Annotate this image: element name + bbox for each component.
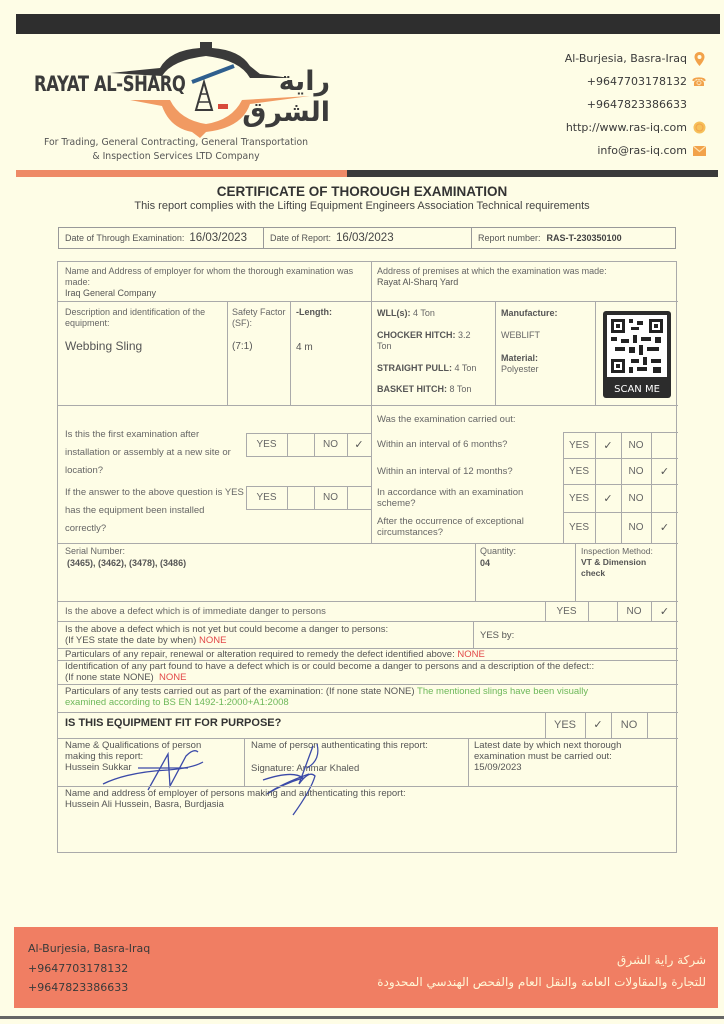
carried-out-label: Was the examination carried out: <box>377 414 516 425</box>
contact-email[interactable]: info@ras-iq.com <box>565 139 706 162</box>
interval-12-question: Within an interval of 12 months? <box>377 466 513 477</box>
first-exam-yes-label: YES <box>246 439 287 450</box>
exceptional-no-label: NO <box>621 522 651 533</box>
qr-code-icon <box>607 315 667 377</box>
scheme-question: In accordance with an examination scheme… <box>377 487 557 509</box>
quantity-label: Quantity: <box>480 546 516 557</box>
next-exam-date: 15/09/2023 <box>474 762 621 773</box>
interval-12-no-label: NO <box>621 466 651 477</box>
scheme-yes-check[interactable]: ✓ <box>595 492 621 505</box>
straight-pull: STRAIGHT PULL: 4 Ton <box>377 363 476 374</box>
persons-employer-value: Hussein Ali Hussein, Basra, Burdjasia <box>65 799 224 810</box>
safety-factor-label: Safety Factor (SF): <box>232 307 288 329</box>
equipment-desc-value: Webbing Sling <box>65 339 142 353</box>
repair-value: NONE <box>457 649 484 660</box>
fit-yes-label: YES <box>545 719 585 731</box>
contact-phone-1[interactable]: +9647703178132 ☎ <box>565 70 706 93</box>
tests-value-2: examined according to BS EN 1492-1:2000+… <box>65 697 289 708</box>
immediate-yes-label: YES <box>545 606 588 617</box>
installed-no-label: NO <box>314 492 347 503</box>
footer-address: Al-Burjesia, Basra-Iraq <box>28 939 150 959</box>
manufacture-value: WEBLIFT <box>501 330 540 341</box>
length-label: -Length: <box>296 307 332 318</box>
premises-label: Address of premises at which the examina… <box>377 266 607 277</box>
logo-text-en: RAYAT AL-SHARQ <box>34 72 185 96</box>
installed-correctly-question: If the answer to the above question is Y… <box>65 484 245 538</box>
footer-arabic-services: للتجارة والمقاولات العامة والنقل العام و… <box>377 971 706 993</box>
report-number: RAS-T-230350100 <box>547 233 622 243</box>
identification-note: (If none state NONE) NONE <box>65 672 186 683</box>
globe-icon <box>692 121 706 135</box>
contact-block: Al-Burjesia, Basra-Iraq +9647703178132 ☎… <box>565 47 706 162</box>
certificate-subtitle: This report complies with the Lifting Eq… <box>0 200 724 212</box>
phone-icon: ☎ <box>692 75 706 89</box>
length-value: 4 m <box>296 342 313 353</box>
interval-6-yes-check[interactable]: ✓ <box>595 439 621 452</box>
tests-value: The mentioned slings have been visually <box>417 686 588 697</box>
qr-label: SCAN ME <box>603 384 671 395</box>
report-date-cell: Date of Report: 16/03/2023 <box>264 228 472 248</box>
material-label: Material: <box>501 353 538 364</box>
employer-value: Iraq General Company <box>65 288 156 299</box>
basket-hitch: BASKET HITCH: 8 Ton <box>377 384 471 395</box>
examination-form: Name and Address of employer for whom th… <box>57 261 677 853</box>
exceptional-question: After the occurrence of exceptional circ… <box>377 516 557 538</box>
envelope-icon <box>692 144 706 158</box>
material-value: Polyester <box>501 364 539 375</box>
premises-value: Rayat Al-Sharq Yard <box>377 277 458 288</box>
employer-label: Name and Address of employer for whom th… <box>65 266 365 288</box>
interval-6-yes-label: YES <box>563 440 595 451</box>
bottom-border <box>0 1016 724 1019</box>
contact-phone-2[interactable]: +9647823386633 <box>565 93 706 116</box>
method-value: VT & Dimension check <box>581 557 671 579</box>
qr-code[interactable]: SCAN ME <box>603 311 671 398</box>
exceptional-yes-label: YES <box>563 522 595 533</box>
fit-yes-check[interactable]: ✓ <box>585 718 611 731</box>
yes-by-label: YES by: <box>480 630 514 641</box>
footer-contacts: Al-Burjesia, Basra-Iraq +9647703178132 +… <box>28 939 150 998</box>
identification-question: Identification of any part found to have… <box>65 661 594 672</box>
certificate-title: CERTIFICATE OF THOROUGH EXAMINATION <box>0 184 724 199</box>
header-separator-dark <box>347 170 718 177</box>
footer-arabic: شركة راية الشرق للتجارة والمقاولات العام… <box>377 949 706 993</box>
future-danger-question: Is the above a defect which is not yet b… <box>65 624 388 635</box>
interval-6-question: Within an interval of 6 months? <box>377 439 507 450</box>
choker-hitch: CHOCKER HITCH: 3.2 Ton <box>377 330 487 352</box>
signature-authenticator-icon <box>253 740 343 820</box>
fit-for-purpose-question: IS THIS EQUIPMENT FIT FOR PURPOSE? <box>65 718 281 729</box>
quantity-value: 04 <box>480 558 490 569</box>
footer-band: Al-Burjesia, Basra-Iraq +9647703178132 +… <box>14 927 718 1008</box>
location-pin-icon <box>692 52 706 66</box>
company-logo: RAYAT AL-SHARQ راية الشرق <box>30 38 330 138</box>
identification-value: NONE <box>159 672 186 683</box>
company-tagline: For Trading, General Contracting, Genera… <box>20 136 332 164</box>
future-danger-note: (If YES state the date by when) NONE <box>65 635 226 646</box>
first-exam-no-check[interactable]: ✓ <box>347 438 371 451</box>
first-exam-question: Is this the first examination after inst… <box>65 426 245 480</box>
tagline-line-1: For Trading, General Contracting, Genera… <box>20 136 332 150</box>
interval-12-no-check[interactable]: ✓ <box>651 465 678 478</box>
wll: WLL(s): 4 Ton <box>377 308 435 319</box>
tests-row: Particulars of any tests carried out as … <box>65 686 670 697</box>
report-date: 16/03/2023 <box>336 232 394 244</box>
interval-6-no-label: NO <box>621 440 651 451</box>
report-number-cell: Report number: RAS-T-230350100 <box>472 228 675 248</box>
immediate-no-label: NO <box>617 606 651 617</box>
serial-value: (3465), (3462), (3478), (3486) <box>67 558 186 569</box>
future-danger-value: NONE <box>199 635 226 646</box>
tagline-line-2: & Inspection Services LTD Company <box>20 150 332 164</box>
scheme-yes-label: YES <box>563 493 595 504</box>
repair-row: Particulars of any repair, renewal or al… <box>65 649 485 660</box>
fit-no-label: NO <box>611 719 647 731</box>
exceptional-no-check[interactable]: ✓ <box>651 521 678 534</box>
serial-label: Serial Number: <box>65 546 125 557</box>
footer-phone-2[interactable]: +9647823386633 <box>28 978 150 998</box>
immediate-no-check[interactable]: ✓ <box>651 605 678 618</box>
header-separator-orange <box>16 170 347 177</box>
date-bar: Date of Through Examination: 16/03/2023 … <box>58 227 676 249</box>
method-label: Inspection Method: <box>581 546 653 557</box>
exam-date: 16/03/2023 <box>189 232 247 244</box>
exam-date-cell: Date of Through Examination: 16/03/2023 <box>59 228 264 248</box>
footer-arabic-company: شركة راية الشرق <box>377 949 706 971</box>
persons-employer-label: Name and address of employer of persons … <box>65 788 406 799</box>
first-exam-no-label: NO <box>314 439 347 450</box>
interval-12-yes-label: YES <box>563 466 595 477</box>
manufacture-label: Manufacture: <box>501 308 558 319</box>
safety-factor-value: (7:1) <box>232 341 253 352</box>
header-top-bar <box>16 14 720 34</box>
contact-website[interactable]: http://www.ras-iq.com <box>565 116 706 139</box>
footer-phone-1[interactable]: +9647703178132 <box>28 959 150 979</box>
next-exam-label: Latest date by which next thorough exami… <box>474 740 621 773</box>
scheme-no-label: NO <box>621 493 651 504</box>
installed-yes-label: YES <box>246 492 287 503</box>
logo-text-ar: راية الشرق <box>220 66 330 128</box>
contact-address: Al-Burjesia, Basra-Iraq <box>565 47 706 70</box>
immediate-danger-question: Is the above a defect which is of immedi… <box>65 606 326 617</box>
equipment-desc-label: Description and identification of the eq… <box>65 307 223 329</box>
